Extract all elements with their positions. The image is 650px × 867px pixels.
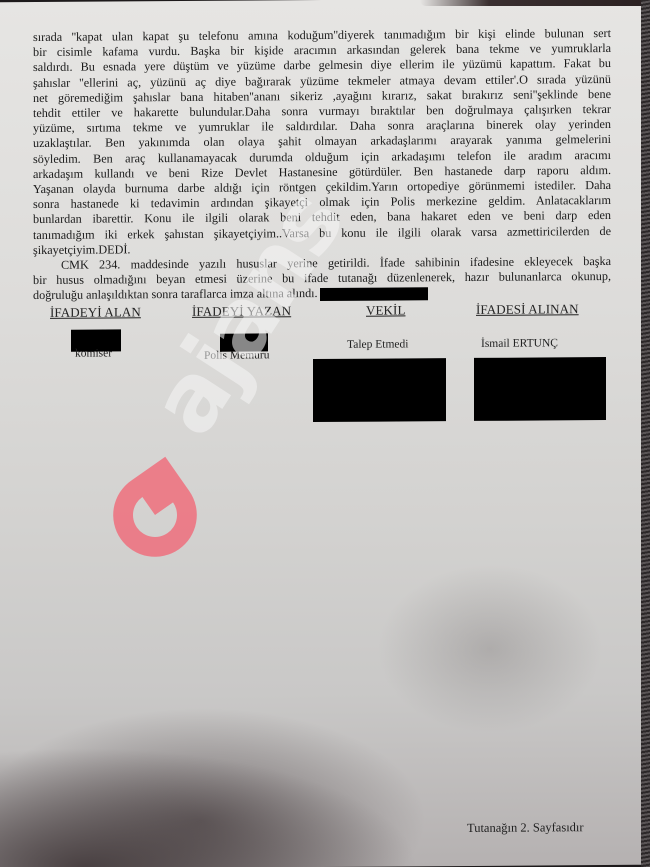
background-surface — [641, 0, 650, 867]
photo-shadow — [0, 747, 420, 867]
signature-heading-taker: İFADEYİ ALAN — [50, 304, 141, 321]
redaction-bar — [320, 287, 428, 301]
signature-heading-deponent: İFADESİ ALINAN — [476, 301, 579, 318]
signature-heading-writer: İFADEYİ YAZAN — [192, 303, 291, 320]
redaction-bar — [474, 357, 606, 421]
background-shadow — [420, 0, 650, 6]
signature-name-deponent: İsmail ERTUNÇ — [481, 337, 558, 350]
signature-role-attorney: Talep Etmedi — [347, 338, 408, 350]
signature-role-taker: komiser — [75, 347, 112, 359]
signature-heading-attorney: VEKİL — [366, 302, 406, 318]
redaction-bar — [313, 358, 446, 422]
closing-line: doğruluğu anlaşıldıktan sonra taraflarca… — [33, 286, 318, 302]
signature-role-writer: Polis Memuru — [204, 349, 270, 361]
page-footer: Tutanağın 2. Sayfasıdır — [467, 820, 584, 836]
statement-body: sırada ''kapat ulan kapat şu telefonu am… — [33, 26, 611, 304]
document-page: sırada ''kapat ulan kapat şu telefonu am… — [0, 0, 643, 867]
